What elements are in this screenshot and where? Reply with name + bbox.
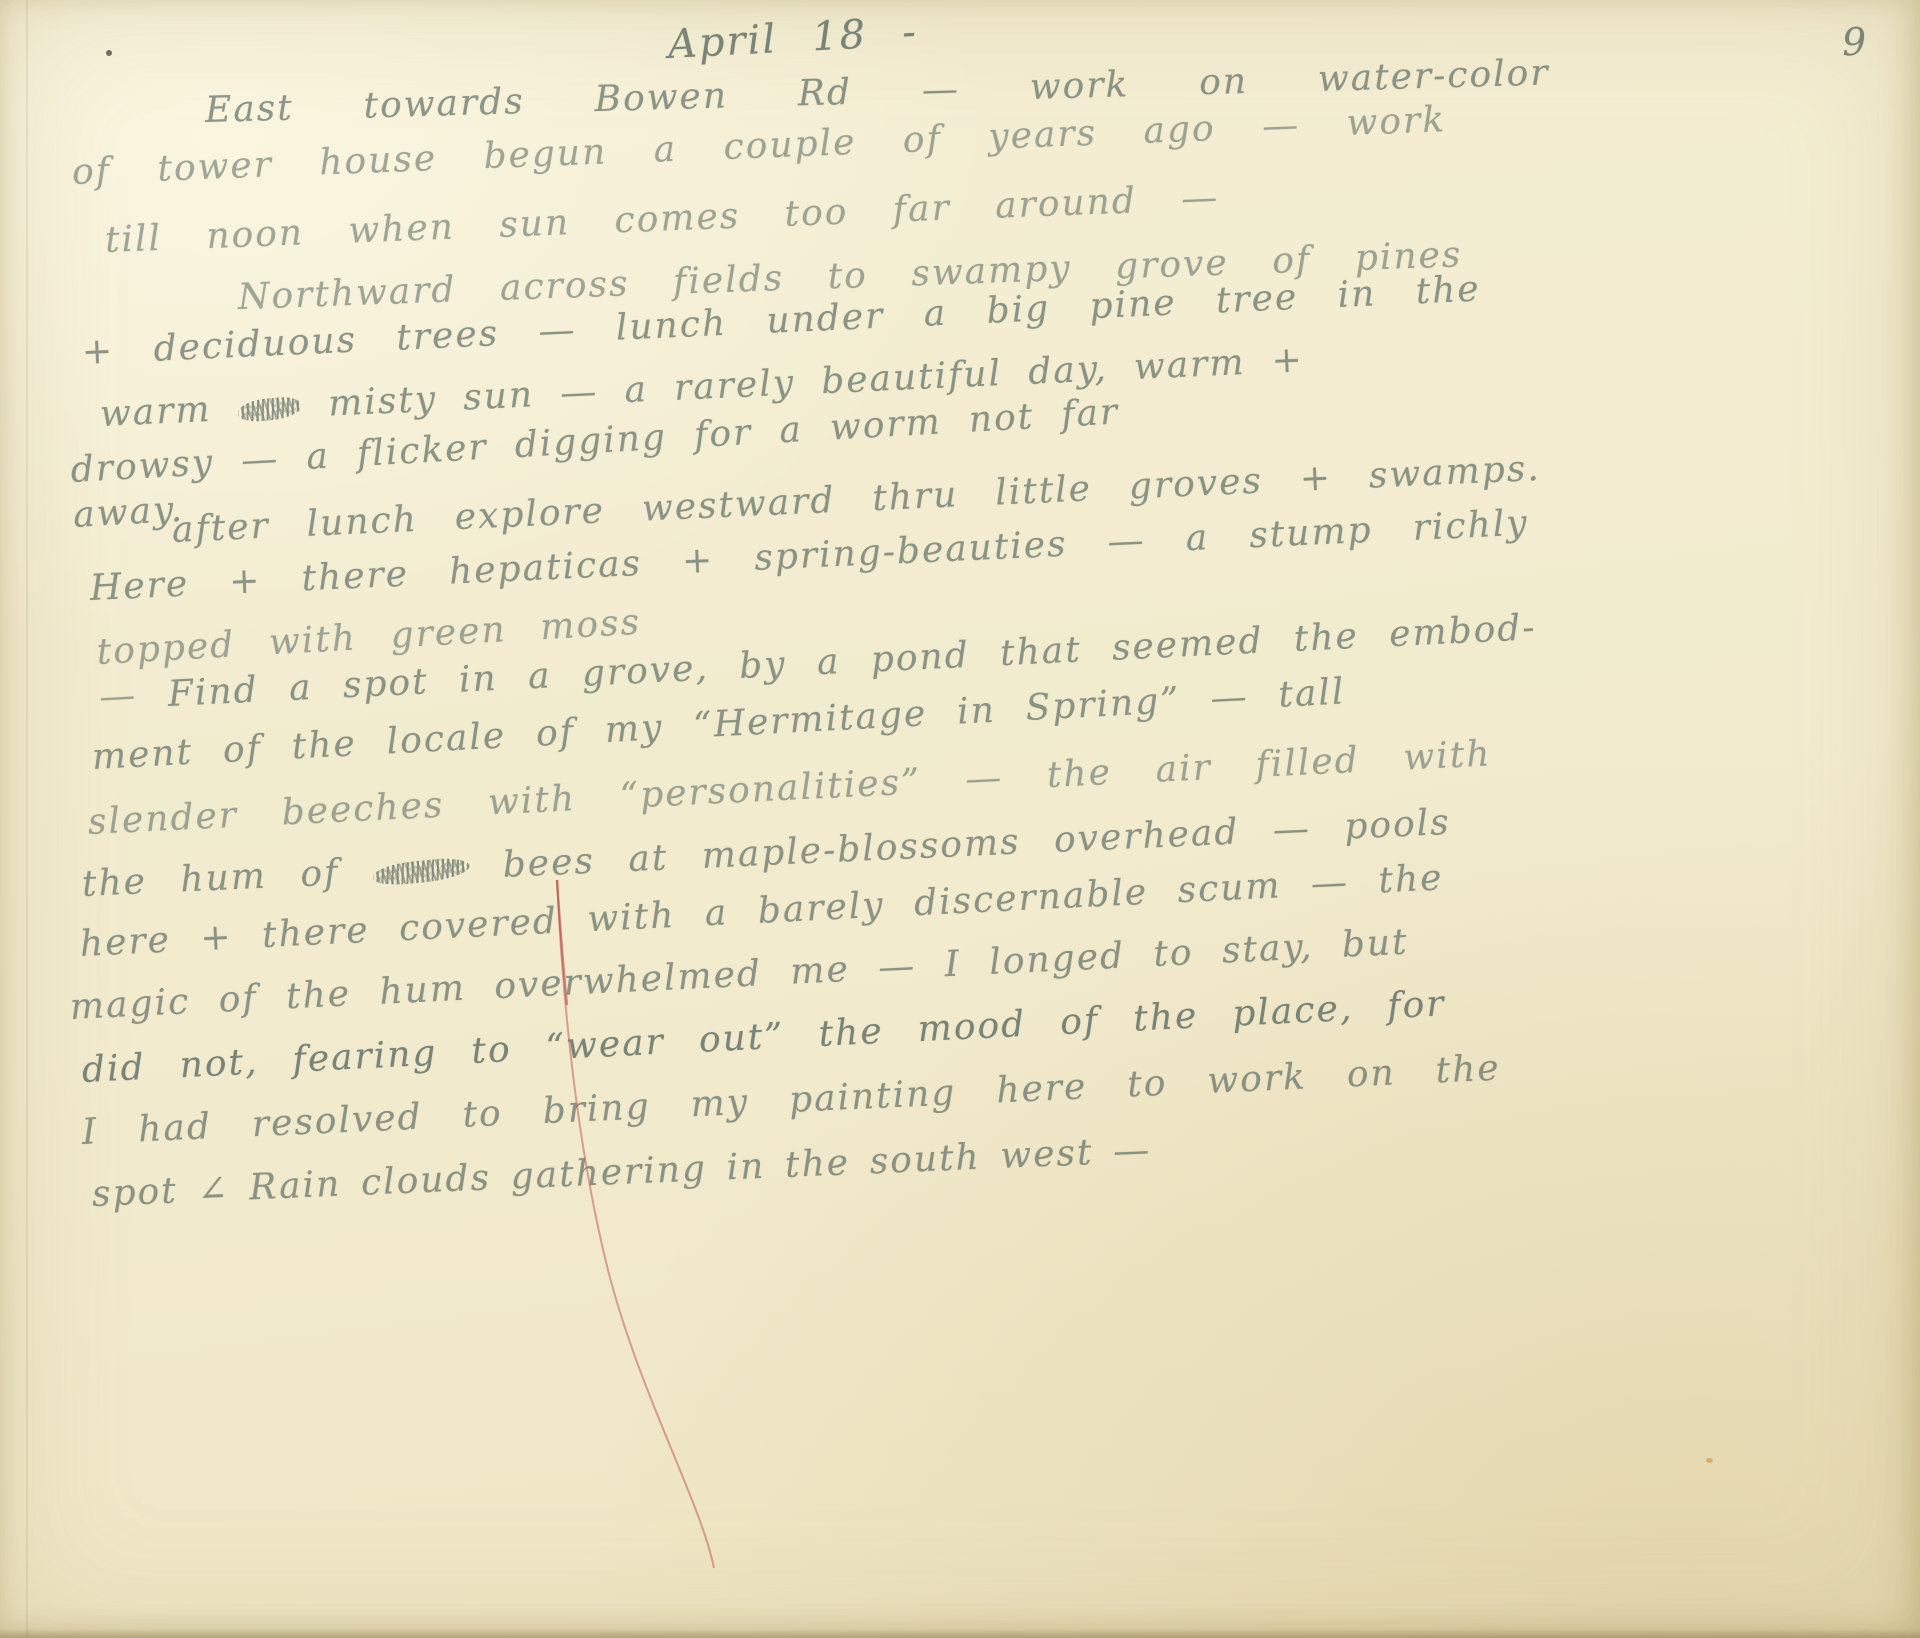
paper-speck [1706,1458,1713,1463]
page-bottom-edge [0,1629,1920,1638]
pencil-dot [106,50,112,56]
page-number: 9 [1841,20,1867,65]
date-heading: April 18 - [667,7,919,70]
handwritten-word-segment: warm [99,389,212,435]
scribbled-out-word: ≈≈≈ [372,856,470,888]
scribbled-out-word: ≈≈ [237,395,303,423]
handwritten-word-segment: the hum of [81,852,340,905]
journal-page: April 18 - 9 East towards Bowen Rd — wor… [0,0,1920,1638]
paper-crease [26,0,28,1638]
